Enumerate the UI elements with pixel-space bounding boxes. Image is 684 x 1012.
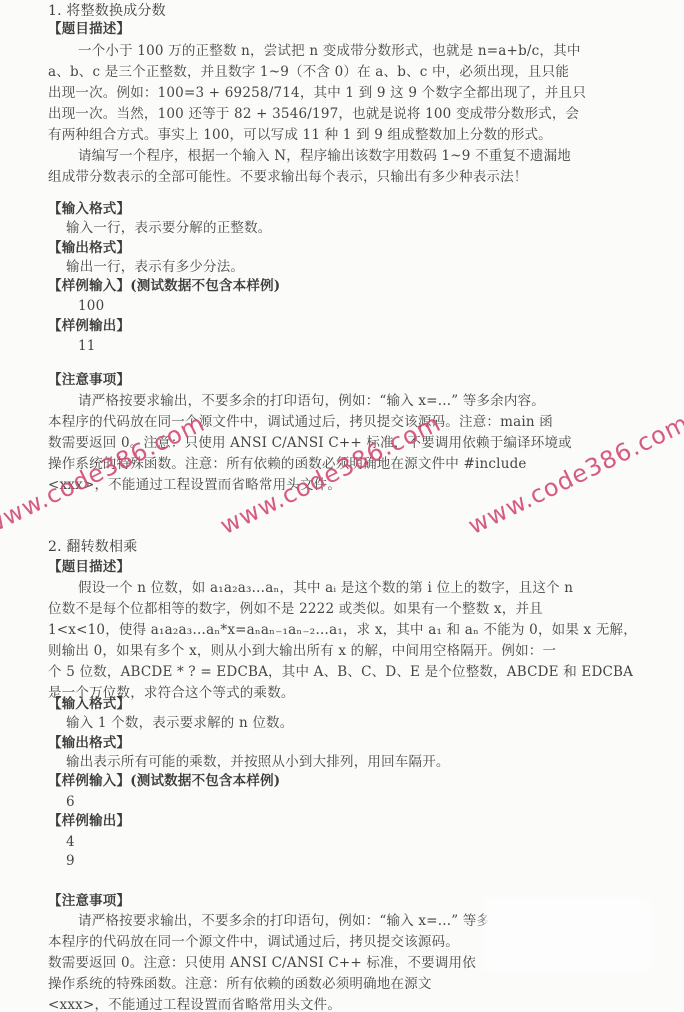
problem1-input-heading: 【输入格式】 [48,200,130,218]
problem1-sample-input: 100 [78,297,104,315]
redacted-patch [485,898,650,973]
problem2-desc-line: 位数不是每个位都相等的数字，例如不是 2222 或类似。如果有一个整数 x，并且 [48,600,543,618]
problem2-sample-input: 6 [66,793,75,811]
problem1-desc-line: a、b、c 是三个正整数，并且数字 1~9（不含 0）在 a、b、c 中，必须出… [48,63,569,81]
problem2-notes-line: <xxx>，不能通过工程设置而省略常用头文件。 [48,996,341,1012]
problem2-input-text: 输入 1 个数，表示要求解的 n 位数。 [66,714,293,732]
problem2-sample-output-heading: 【样例输出】 [48,812,130,830]
problem1-output-text: 输出一行，表示有多少分法。 [66,258,244,276]
problem1-desc-line: 组成带分数表示的全部可能性。不要求输出每个表示，只输出有多少种表示法！ [48,168,528,186]
problem1-notes-heading: 【注意事项】 [48,371,130,389]
problem1-desc-line: 一个小于 100 万的正整数 n，尝试把 n 变成带分数形式，也就是 n=a+b… [78,42,581,60]
problem2-desc-line: 假设一个 n 位数，如 a₁a₂a₃…aₙ，其中 aᵢ 是这个数的第 i 位上的… [78,579,573,597]
problem2-sample-output-line: 4 [66,833,75,851]
problem1-sample-input-heading: 【样例输入】(测试数据不包含本样例) [48,277,280,295]
problem2-desc-line: 个 5 位数，ABCDE * ? = EDCBA，其中 A、B、C、D、E 是个… [48,663,633,681]
problem2-title: 2. 翻转数相乘 [48,538,137,556]
problem1-desc-line: 请编写一个程序，根据一个输入 N，程序输出该数字用数码 1~9 不重复不遗漏地 [78,147,571,165]
problem1-sample-output-heading: 【样例输出】 [48,317,130,335]
problem2-notes-line: 请严格按要求输出，不要多余的打印语句，例如：“输入 x=...” 等多余内容 [78,912,531,930]
problem2-notes-line: 操作系统的特殊函数。注意：所有依赖的函数必须明确地在源文 [48,975,432,993]
problem1-desc-heading: 【题目描述】 [48,20,130,38]
problem2-output-heading: 【输出格式】 [48,734,130,752]
problem1-notes-line: 请严格按要求输出，不要多余的打印语句，例如：“输入 x=...” 等多余内容。 [78,392,545,410]
problem1-desc-line: 出现一次。当然，100 还等于 82 + 3546/197，也就是说将 100 … [48,105,579,123]
problem2-notes-line: 数需要返回 0。注意：只使用 ANSI C/ANSI C++ 标准，不要调用依 [48,954,476,972]
problem2-desc-heading: 【题目描述】 [48,558,130,576]
problem2-input-heading: 【输入格式】 [48,695,130,713]
problem2-output-text: 输出表示所有可能的乘数，并按照从小到大排列，用回车隔开。 [66,753,450,771]
problem2-desc-line: 则输出 0，如果有多个 x，则从小到大输出所有 x 的解，中间用空格隔开。例如：… [48,642,556,660]
problem2-notes-heading: 【注意事项】 [48,892,130,910]
problem2-sample-output-line: 9 [66,852,75,870]
problem1-sample-output: 11 [78,337,96,355]
problem1-title: 1. 将整数换成分数 [48,2,166,20]
problem1-input-text: 输入一行，表示要分解的正整数。 [66,219,272,237]
problem1-desc-line: 出现一次。例如：100=3 + 69258/714，其中 1 到 9 这 9 个… [48,84,586,102]
problem2-desc-line: 1<x<10，使得 a₁a₂a₃…aₙ*x=aₙaₙ₋₁aₙ₋₂…a₁，求 x，… [48,621,637,639]
problem1-notes-line: 本程序的代码放在同一个源文件中，调试通过后，拷贝提交该源码。注意：main 函 [48,413,553,431]
problem1-desc-line: 有两种组合方式。事实上 100，可以写成 11 种 1 到 9 组成整数加上分数… [48,126,552,144]
problem1-output-heading: 【输出格式】 [48,239,130,257]
problem2-sample-input-heading: 【样例输入】(测试数据不包含本样例) [48,772,280,790]
document-page: 1. 将整数换成分数 【题目描述】 一个小于 100 万的正整数 n，尝试把 n… [0,0,684,1012]
problem2-notes-line: 本程序的代码放在同一个源文件中，调试通过后，拷贝提交该源码。 [48,933,459,951]
